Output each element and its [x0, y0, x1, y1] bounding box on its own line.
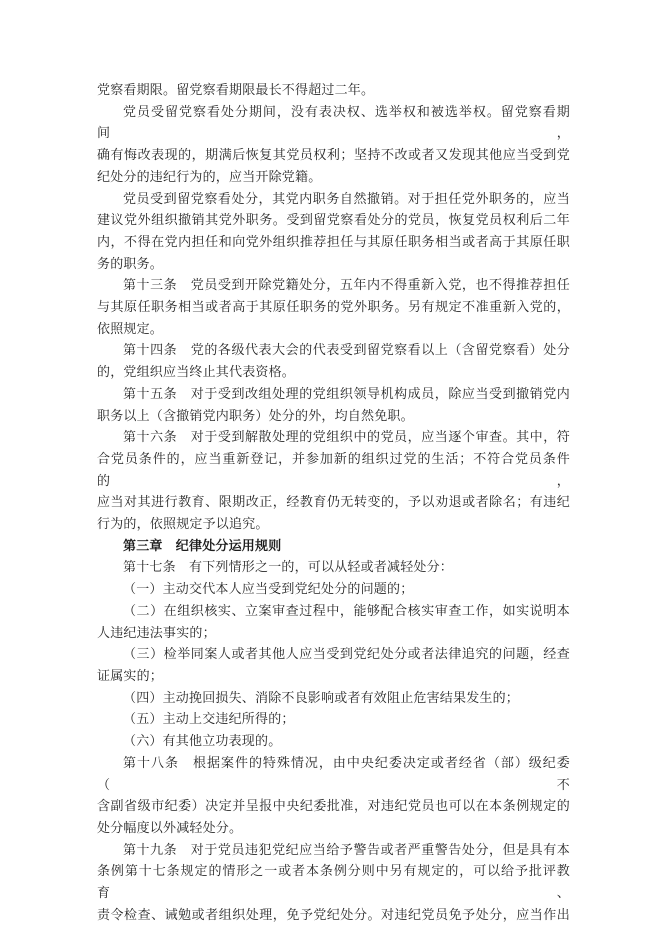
text-line: 第十八条 根据案件的特殊情况，由中央纪委决定或者经省（部）级纪委（不 — [97, 752, 570, 795]
text-line: 合党员条件的，应当重新登记，并参加新的组织过党的生活；不符合党员条件的， — [97, 448, 570, 491]
text-line: 责令检查、诫勉或者组织处理，免予党纪处分。对违纪党员免予处分，应当作出 — [97, 904, 570, 926]
text-line: 务的职务。 — [97, 253, 570, 275]
text-line: （六）有其他立功表现的。 — [97, 730, 570, 752]
text-line: 建议党外组织撤销其党外职务。受到留党察看处分的党员，恢复党员权利后二年 — [97, 209, 570, 231]
text-line: 条例第十七条规定的情形之一或者本条例分则中另有规定的，可以给予批评教育、 — [97, 860, 570, 903]
text-line: （四）主动挽回损失、消除不良影响或者有效阻止危害结果发生的； — [97, 687, 570, 709]
text-line: 第十三条 党员受到开除党籍处分，五年内不得重新入党，也不得推荐担任 — [97, 274, 570, 296]
document-page: 党察看期限。留党察看期限最长不得超过二年。党员受留党察看处分期间，没有表决权、选… — [0, 0, 662, 936]
text-line: （二）在组织核实、立案审查过程中，能够配合核实审查工作，如实说明本 — [97, 600, 570, 622]
text-line: 职务以上（含撤销党内职务）处分的外，均自然免职。 — [97, 405, 570, 427]
text-line: 党察看期限。留党察看期限最长不得超过二年。 — [97, 79, 570, 101]
text-line: 处分幅度以外减轻处分。 — [97, 817, 570, 839]
text-line: （一）主动交代本人应当受到党纪处分的问题的； — [97, 578, 570, 600]
text-line: 第十七条 有下列情形之一的，可以从轻或者减轻处分： — [97, 556, 570, 578]
text-line: 第十九条 对于党员违犯党纪应当给予警告或者严重警告处分，但是具有本 — [97, 839, 570, 861]
text-line: 的，党组织应当终止其代表资格。 — [97, 361, 570, 383]
text-line: 确有悔改表现的，期满后恢复其党员权利；坚持不改或者又发现其他应当受到党 — [97, 144, 570, 166]
text-line: 党员受到留党察看处分，其党内职务自然撤销。对于担任党外职务的，应当 — [97, 188, 570, 210]
text-line: 第十五条 对于受到改组处理的党组织领导机构成员，除应当受到撤销党内 — [97, 383, 570, 405]
text-line: 第十六条 对于受到解散处理的党组织中的党员，应当逐个审查。其中，符 — [97, 426, 570, 448]
text-line: 党员受留党察看处分期间，没有表决权、选举权和被选举权。留党察看期间， — [97, 101, 570, 144]
text-line: （五）主动上交违纪所得的； — [97, 708, 570, 730]
text-line: 证属实的； — [97, 665, 570, 687]
text-line: 纪处分的违纪行为的，应当开除党籍。 — [97, 166, 570, 188]
text-line: 依照规定。 — [97, 318, 570, 340]
text-line: 应当对其进行教育、限期改正，经教育仍无转变的，予以劝退或者除名；有违纪 — [97, 491, 570, 513]
text-column: 党察看期限。留党察看期限最长不得超过二年。党员受留党察看处分期间，没有表决权、选… — [97, 79, 570, 925]
text-line: 行为的，依照规定予以追究。 — [97, 513, 570, 535]
text-line: 人违纪违法事实的； — [97, 622, 570, 644]
text-line: 含副省级市纪委）决定并呈报中央纪委批准，对违纪党员也可以在本条例规定的 — [97, 795, 570, 817]
text-line: 与其原任职务相当或者高于其原任职务的党外职务。另有规定不准重新入党的， — [97, 296, 570, 318]
chapter-heading: 第三章 纪律处分运用规则 — [97, 535, 570, 557]
text-line: （三）检举同案人或者其他人应当受到党纪处分或者法律追究的问题，经查 — [97, 643, 570, 665]
text-line: 内，不得在党内担任和向党外组织推荐担任与其原任职务相当或者高于其原任职 — [97, 231, 570, 253]
text-line: 第十四条 党的各级代表大会的代表受到留党察看以上（含留党察看）处分 — [97, 339, 570, 361]
